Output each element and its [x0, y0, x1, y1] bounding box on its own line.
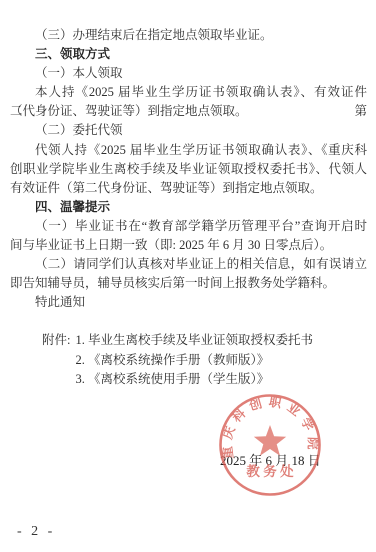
attachment-item: 1. 毕业生离校手续及毕业证领取授权委托书 — [75, 331, 313, 350]
issue-date: 2025 年 6 月 18 日 — [220, 450, 321, 469]
attachment-item: 3. 《离校系统使用手册（学生版）》 — [75, 370, 313, 389]
body-line: 即告知辅导员，辅导员核实后第一时间上报教务处学籍科。 — [10, 274, 367, 293]
attachments-block: 附件: 1. 毕业生离校手续及毕业证领取授权委托书 2. 《离校系统操作手册（教… — [42, 331, 367, 388]
official-seal: 重庆科创职业学院 教 务 处 — [209, 384, 331, 506]
body-line: （二）委托代领 — [10, 121, 367, 140]
body-line: 代领人持《2025 届毕业生学历证书领取确认表》、《重庆科 — [10, 141, 367, 160]
attachment-item: 2. 《离校系统操作手册（教师版）》 — [75, 351, 313, 370]
body-line: （一）本人领取 — [10, 64, 367, 83]
body-line: 间与毕业证书上日期一致（即: 2025 年 6 月 30 日零点后）。 — [10, 236, 367, 255]
body-line: （一）毕业证书在“教育部学籍学历管理平台”查询开启时 — [10, 217, 367, 236]
body-line: 特此通知 — [10, 293, 367, 312]
body-line: （二）请同学们认真核对毕业证上的相关信息，如有误请立 — [10, 255, 367, 274]
section-heading: 三、领取方式 — [10, 45, 367, 64]
body-line: 有效证件（第二代身份证、驾驶证等）到指定地点领取。 — [10, 179, 367, 198]
page-number: - 2 - — [17, 524, 55, 540]
seal-ring — [221, 396, 320, 495]
attachments-list: 1. 毕业生离校手续及毕业证领取授权委托书 2. 《离校系统操作手册（教师版）》… — [75, 331, 313, 388]
body-line: 本人持《2025 届毕业生学历证书领取确认表》、有效证件（第 — [10, 83, 367, 102]
body-line: 创职业学院毕业生离校手续及毕业证领取授权委托书》、代领人 — [10, 160, 367, 179]
attachments-label: 附件: — [42, 331, 70, 388]
notice-body: （三）办理结束后在指定地点领取毕业证。 三、领取方式 （一）本人领取 本人持《2… — [10, 26, 367, 389]
section-heading: 四、温馨提示 — [10, 198, 367, 217]
body-line: （三）办理结束后在指定地点领取毕业证。 — [10, 26, 367, 45]
